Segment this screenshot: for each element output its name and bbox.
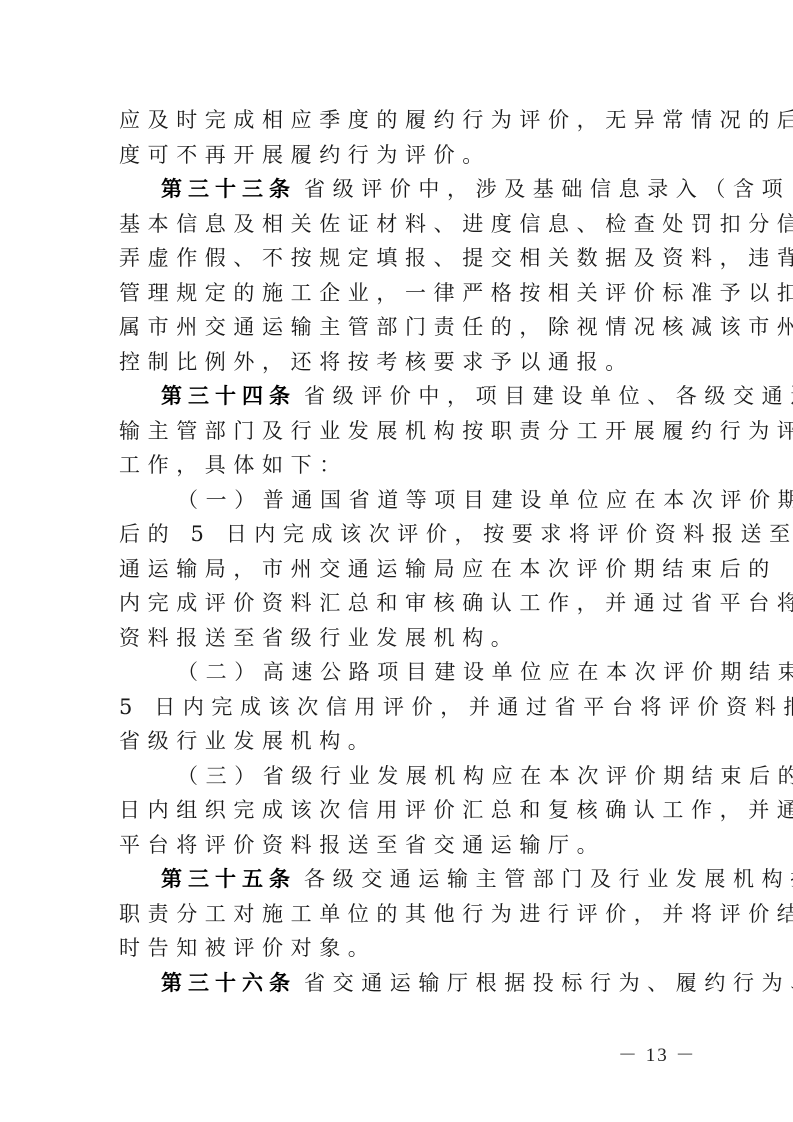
document-body: 应及时完成相应季度的履约行为评价，无异常情况的后续季 度可不再开展履约行为评价。… bbox=[119, 103, 675, 1000]
paragraph-line: 通运输局，市州交通运输局应在本次评价期结束后的 15 日 bbox=[119, 552, 675, 587]
paragraph-line: 应及时完成相应季度的履约行为评价，无异常情况的后续季 bbox=[119, 103, 675, 138]
page-number: － 13 － bbox=[618, 1040, 697, 1067]
article-34-heading-line: 第三十四条省级评价中，项目建设单位、各级交通运 bbox=[119, 379, 675, 414]
paragraph-line: 基本信息及相关佐证材料、进度信息、检查处罚扣分信息等） bbox=[119, 207, 675, 242]
paragraph-line: 日内组织完成该次信用评价汇总和复核确认工作，并通过省 bbox=[119, 793, 675, 828]
article-number: 第三十五条 bbox=[161, 867, 296, 891]
paragraph-line: 属市州交通运输主管部门责任的，除视情况核减该市州 AA bbox=[119, 310, 675, 345]
article-33-heading-line: 第三十三条省级评价中，涉及基础信息录入（含项目 bbox=[119, 172, 675, 207]
paragraph-line: 后的 5 日内完成该次评价，按要求将评价资料报送至市州交 bbox=[119, 517, 675, 552]
paragraph-line: 弄虚作假、不按规定填报、提交相关数据及资料，违背行业 bbox=[119, 241, 675, 276]
paragraph-line: 时告知被评价对象。 bbox=[119, 931, 675, 966]
article-text: 省交通运输厅根据投标行为、履约行为、 bbox=[304, 971, 793, 995]
paragraph-line: 职责分工对施工单位的其他行为进行评价，并将评价结果及 bbox=[119, 897, 675, 932]
article-36-heading-line: 第三十六条省交通运输厅根据投标行为、履约行为、 bbox=[119, 966, 675, 1001]
article-number: 第三十六条 bbox=[161, 971, 296, 995]
list-item-1-line: （一）普通国省道等项目建设单位应在本次评价期结束 bbox=[119, 483, 675, 518]
paragraph-line: 度可不再开展履约行为评价。 bbox=[119, 138, 675, 173]
paragraph-line: 管理规定的施工企业，一律严格按相关评价标准予以扣分； bbox=[119, 276, 675, 311]
article-text: 各级交通运输主管部门及行业发展机构按 bbox=[304, 867, 793, 891]
paragraph-line: 输主管部门及行业发展机构按职责分工开展履约行为评价 bbox=[119, 414, 675, 449]
article-number: 第三十四条 bbox=[161, 384, 296, 408]
list-item-3-line: （三）省级行业发展机构应在本次评价期结束后的 25 bbox=[119, 759, 675, 794]
paragraph-line: 工作，具体如下： bbox=[119, 448, 675, 483]
paragraph-line: 平台将评价资料报送至省交通运输厅。 bbox=[119, 828, 675, 863]
paragraph-line: 控制比例外，还将按考核要求予以通报。 bbox=[119, 345, 675, 380]
article-text: 省级评价中，涉及基础信息录入（含项目 bbox=[304, 177, 793, 201]
paragraph-line: 省级行业发展机构。 bbox=[119, 724, 675, 759]
article-35-heading-line: 第三十五条各级交通运输主管部门及行业发展机构按 bbox=[119, 862, 675, 897]
article-number: 第三十三条 bbox=[161, 177, 296, 201]
paragraph-line: 5 日内完成该次信用评价，并通过省平台将评价资料报送至 bbox=[119, 690, 675, 725]
paragraph-line: 内完成评价资料汇总和审核确认工作，并通过省平台将评价 bbox=[119, 586, 675, 621]
article-text: 省级评价中，项目建设单位、各级交通运 bbox=[304, 384, 793, 408]
paragraph-line: 资料报送至省级行业发展机构。 bbox=[119, 621, 675, 656]
list-item-2-line: （二）高速公路项目建设单位应在本次评价期结束后的 bbox=[119, 655, 675, 690]
